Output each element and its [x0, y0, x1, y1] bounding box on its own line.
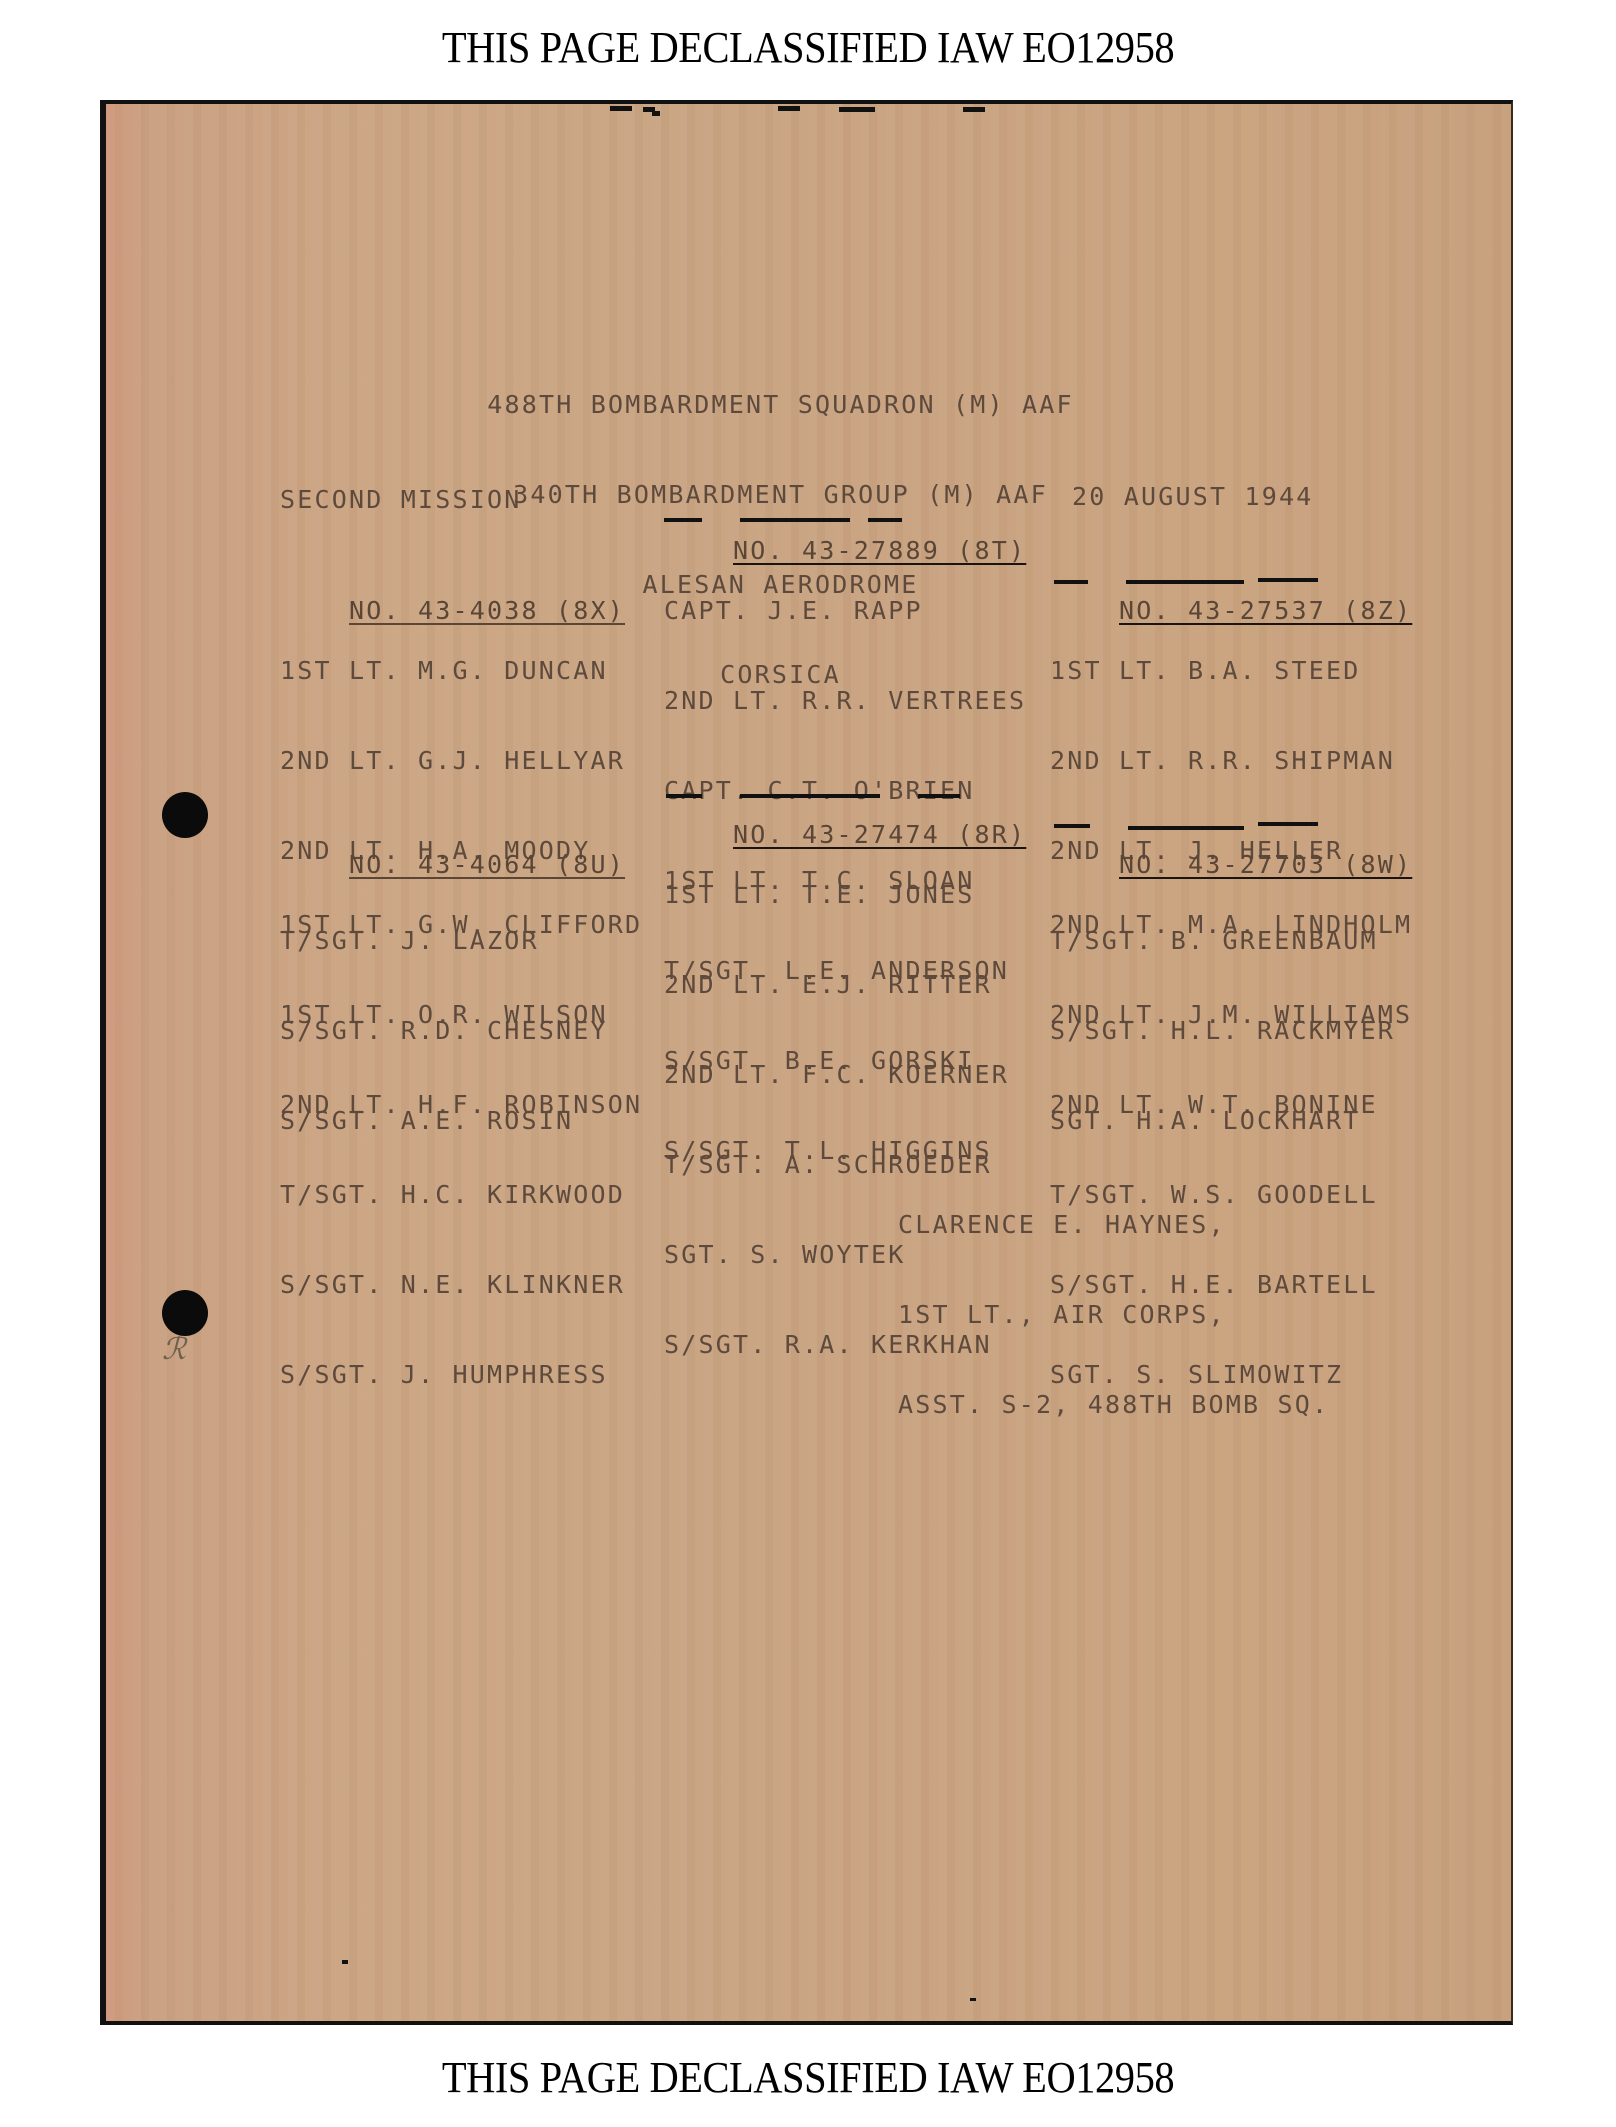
aircraft-number: NO. 43-4064 (8U) — [349, 850, 625, 880]
redaction-mark — [839, 107, 875, 112]
stray-mark — [970, 1998, 976, 2001]
mission-date: 20 AUGUST 1944 — [1072, 482, 1314, 512]
redaction-mark — [610, 106, 632, 111]
redaction-mark — [740, 518, 850, 522]
crew-block: NO. 43-4064 (8U) 1ST LT. G.W. CLIFFORD 1… — [280, 820, 642, 1450]
crew-member: S/SGT. N.E. KLINKNER — [280, 1270, 642, 1300]
document-page: 488TH BOMBARDMENT SQUADRON (M) AAF 340TH… — [100, 100, 1513, 2025]
redaction-mark — [666, 794, 702, 798]
crew-member: 2ND LT. J.M. WILLIAMS — [1050, 1000, 1412, 1030]
stray-mark — [342, 1960, 348, 1964]
redaction-mark — [652, 111, 660, 116]
signature-title: ASST. S-2, 488TH BOMB SQ. — [898, 1390, 1329, 1420]
crew-member: 2ND LT. M.A. LINDHOLM — [1050, 910, 1412, 940]
redaction-mark — [778, 106, 800, 111]
punch-hole — [162, 792, 208, 838]
header-line: 488TH BOMBARDMENT SQUADRON (M) AAF — [78, 390, 1483, 420]
redaction-mark — [1258, 822, 1318, 826]
crew-member: 1ST LT. T.E. JONES — [664, 880, 1026, 910]
crew-member: T/SGT. H.C. KIRKWOOD — [280, 1180, 642, 1210]
redaction-mark — [1258, 578, 1318, 582]
crew-member: 2ND LT. R.R. SHIPMAN — [1050, 746, 1412, 776]
redaction-mark — [1128, 826, 1244, 830]
crew-member: 1ST LT. G.W. CLIFFORD — [280, 910, 642, 940]
aircraft-number: NO. 43-4038 (8X) — [349, 596, 625, 626]
crew-member: 2ND LT. G.J. HELLYAR — [280, 746, 625, 776]
punch-hole — [162, 1290, 208, 1336]
crew-member: 2ND LT. W.T. BONINE — [1050, 1090, 1412, 1120]
pencil-mark: ℛ — [162, 1332, 186, 1367]
signature-block: CLARENCE E. HAYNES, 1ST LT., AIR CORPS, … — [898, 1150, 1329, 1480]
redaction-mark — [1126, 580, 1244, 584]
redaction-mark — [963, 107, 985, 112]
aircraft-number: NO. 43-27537 (8Z) — [1119, 596, 1412, 626]
redaction-mark — [918, 794, 960, 798]
declassification-banner-bottom: THIS PAGE DECLASSIFIED IAW EO12958 — [65, 2052, 1552, 2103]
crew-member: 1ST LT. M.G. DUNCAN — [280, 656, 625, 686]
aircraft-number: NO. 43-27703 (8W) — [1119, 850, 1412, 880]
signature-rank: 1ST LT., AIR CORPS, — [898, 1300, 1329, 1330]
mission-title: SECOND MISSION — [280, 485, 522, 515]
redaction-mark — [868, 518, 902, 522]
aircraft-number: NO. 43-27474 (8R) — [733, 820, 1026, 850]
crew-member: 1ST LT. O.R. WILSON — [280, 1000, 642, 1030]
aircraft-number: NO. 43-27889 (8T) — [733, 536, 1026, 566]
redaction-mark — [1054, 580, 1088, 584]
redaction-mark — [664, 518, 702, 522]
crew-member: S/SGT. J. HUMPHRESS — [280, 1360, 642, 1390]
redaction-mark — [1054, 824, 1090, 828]
signature-name: CLARENCE E. HAYNES, — [898, 1210, 1329, 1240]
crew-member: 2ND LT. F.C. KOERNER — [664, 1060, 1026, 1090]
crew-member: 1ST LT. B.A. STEED — [1050, 656, 1412, 686]
crew-member: CAPT. J.E. RAPP — [664, 596, 1026, 626]
crew-member: 2ND LT. R.R. VERTREES — [664, 686, 1026, 716]
crew-member: 2ND LT. E.J. RITTER — [664, 970, 1026, 1000]
redaction-mark — [740, 794, 880, 798]
declassification-banner-top: THIS PAGE DECLASSIFIED IAW EO12958 — [65, 22, 1552, 73]
crew-member: 2ND LT. H.F. ROBINSON — [280, 1090, 642, 1120]
